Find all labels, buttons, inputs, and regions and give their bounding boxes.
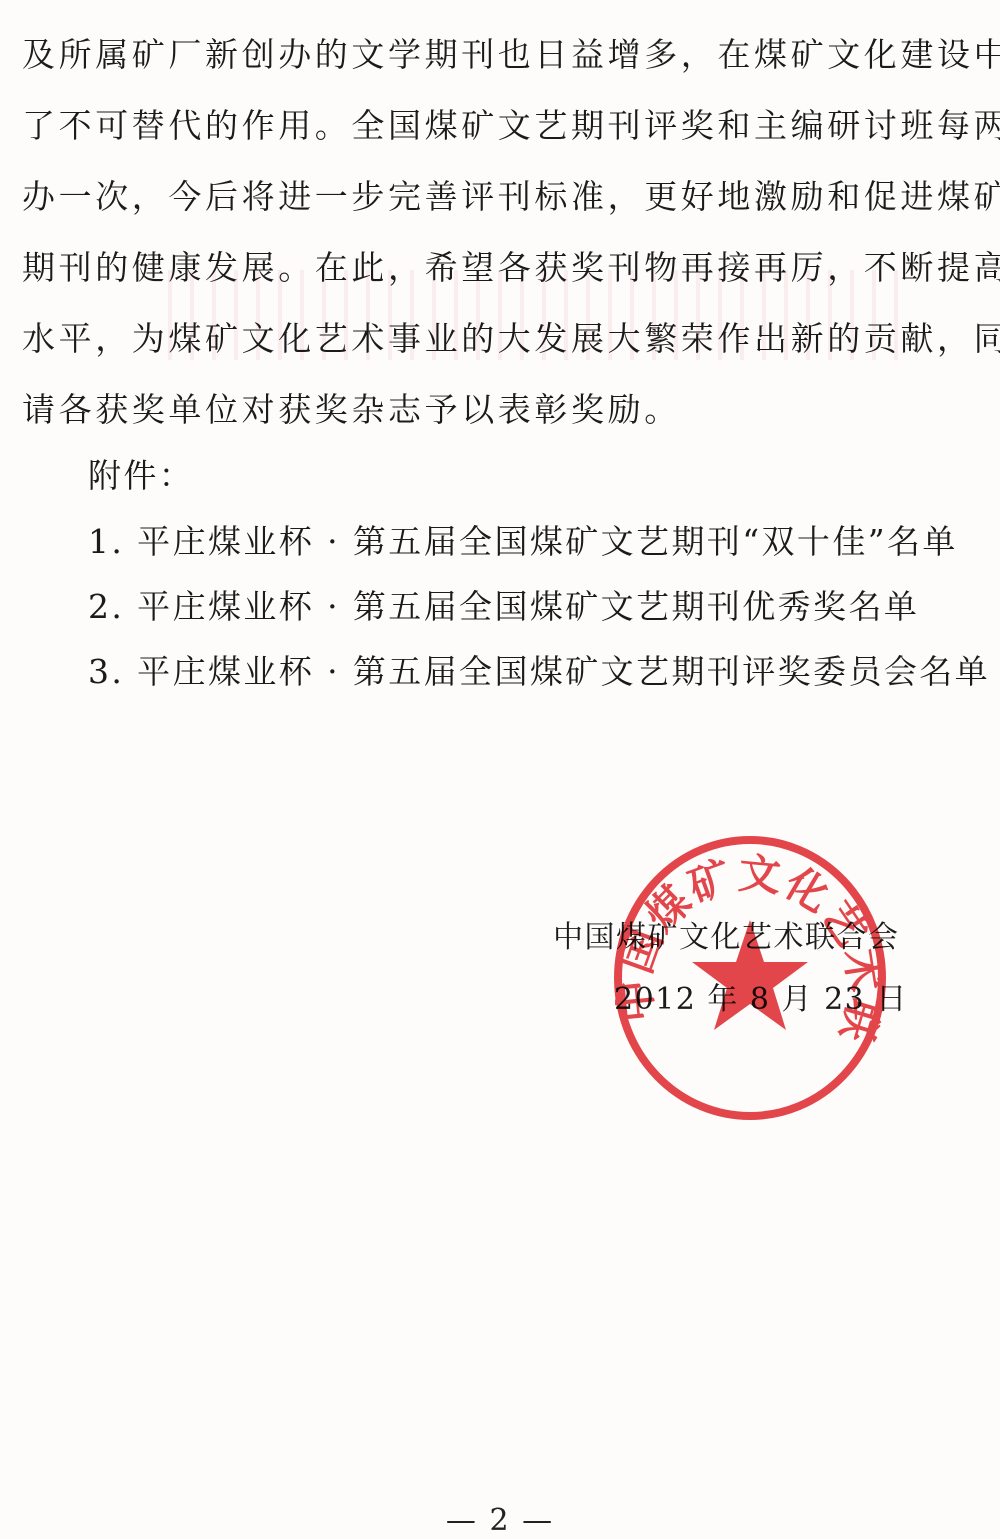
attachments-heading: 附件： [88, 456, 194, 496]
body-line: 请各获奖单位对获奖杂志予以表彰奖励。 [22, 390, 681, 430]
star-icon [692, 920, 808, 1030]
body-line: 了不可替代的作用。全国煤矿文艺期刊评奖和主编研讨班每两年举 [22, 106, 1000, 146]
attachment-item: 1. 平庄煤业杯 · 第五届全国煤矿文艺期刊“双十佳”名单 [88, 522, 958, 562]
attachment-item: 3. 平庄煤业杯 · 第五届全国煤矿文艺期刊评奖委员会名单 [88, 652, 990, 692]
body-line: 办一次，今后将进一步完善评刊标准，更好地激励和促进煤矿文艺 [22, 177, 1000, 217]
attachment-item: 2. 平庄煤业杯 · 第五届全国煤矿文艺期刊优秀奖名单 [88, 587, 919, 627]
official-seal-stamp: 中国煤矿文化艺术联合会 [610, 830, 890, 1120]
page-number: — 2 — [0, 1503, 1000, 1538]
body-line: 水平，为煤矿文化艺术事业的大发展大繁荣作出新的贡献，同时， [22, 319, 1000, 359]
body-line: 期刊的健康发展。在此，希望各获奖刊物再接再厉，不断提高办刊 [22, 248, 1000, 288]
body-line: 及所属矿厂新创办的文学期刊也日益增多，在煤矿文化建设中发挥 [22, 35, 1000, 75]
